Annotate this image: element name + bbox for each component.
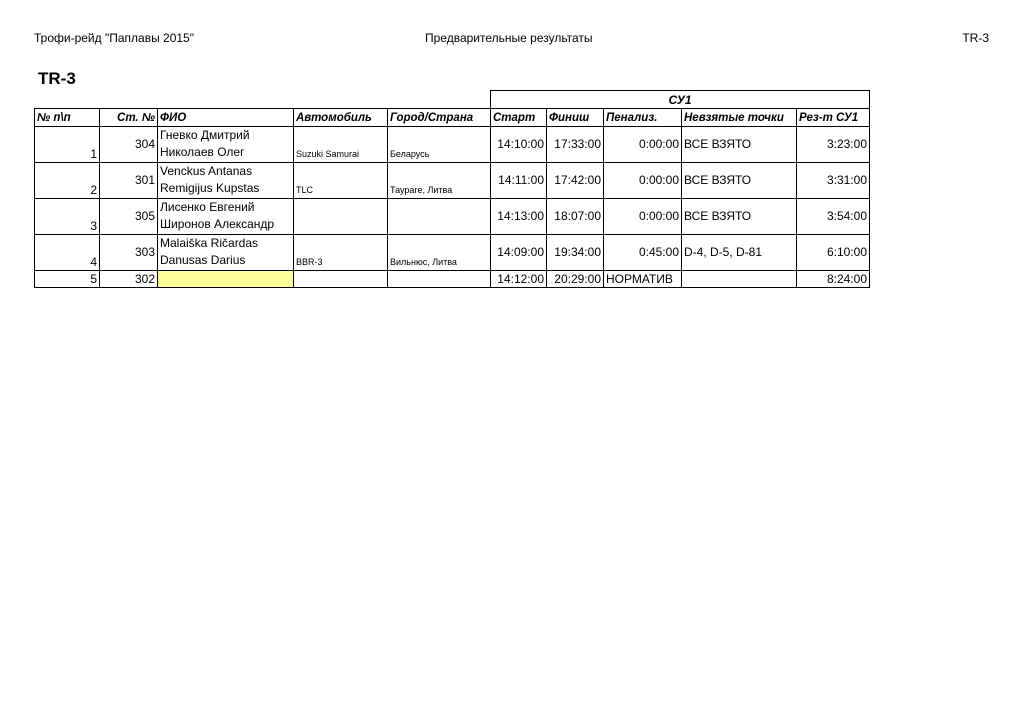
table-row: 4303Malaiška RičardasDanusas DariusBBR-3… [35,235,870,271]
col-header-no: № п\п [35,109,100,127]
results-table: СУ1 № п\п Ст. № ФИО Автомобиль Город/Стр… [34,90,870,288]
cell-no: 1 [35,127,100,163]
sheet-title: TR-3 [38,69,76,89]
cell-crew-names: Malaiška RičardasDanusas Darius [158,235,294,271]
col-header-missed-points: Невзятые точки [682,109,797,127]
crew-member-name: Широнов Александр [160,216,291,233]
cell-result: 3:54:00 [797,199,870,235]
cell-missed-points [682,271,797,288]
column-header-row: № п\п Ст. № ФИО Автомобиль Город/Страна … [35,109,870,127]
cell-start-time: 14:10:00 [491,127,547,163]
cell-missed-points: ВСЕ ВЗЯТО [682,199,797,235]
cell-missed-points: ВСЕ ВЗЯТО [682,163,797,199]
page-header-center: Предварительные результаты [425,31,593,45]
cell-missed-points: D-4, D-5, D-81 [682,235,797,271]
crew-member-name: Remigijus Kupstas [160,180,291,197]
cell-result: 6:10:00 [797,235,870,271]
col-header-car: Автомобиль [294,109,388,127]
cell-car [294,199,388,235]
col-header-name: ФИО [158,109,294,127]
group-header-row: СУ1 [35,91,870,109]
cell-finish-time: 17:42:00 [547,163,604,199]
cell-missed-points: ВСЕ ВЗЯТО [682,127,797,163]
page-header-left: Трофи-рейд "Паплавы 2015" [34,31,194,45]
cell-start-time: 14:13:00 [491,199,547,235]
page-header-right: TR-3 [962,31,989,45]
cell-crew-names: Лисенко ЕвгенийШиронов Александр [158,199,294,235]
col-header-result: Рез-т СУ1 [797,109,870,127]
crew-member-name: Danusas Darius [160,252,291,269]
cell-start-no: 301 [100,163,158,199]
cell-start-no: 305 [100,199,158,235]
cell-start-time: 14:11:00 [491,163,547,199]
table-row: 1304Гневко ДмитрийНиколаев ОлегSuzuki Sa… [35,127,870,163]
cell-no: 4 [35,235,100,271]
table-row: 530214:12:0020:29:00НОРМАТИВ8:24:00 [35,271,870,288]
crew-member-name: Николаев Олег [160,144,291,161]
cell-crew-names: Venckus AntanasRemigijus Kupstas [158,163,294,199]
cell-penalty: 0:00:00 [604,127,682,163]
cell-crew-names: Гневко ДмитрийНиколаев Олег [158,127,294,163]
crew-member-name: Гневко Дмитрий [160,127,291,144]
cell-no: 3 [35,199,100,235]
cell-start-time: 14:12:00 [491,271,547,288]
col-header-city: Город/Страна [388,109,491,127]
cell-finish-time: 18:07:00 [547,199,604,235]
cell-penalty: 0:00:00 [604,163,682,199]
cell-city: Беларусь [388,127,491,163]
cell-city: Таураге, Литва [388,163,491,199]
group-header-su1: СУ1 [491,91,870,109]
table-row: 2301Venckus AntanasRemigijus KupstasTLCТ… [35,163,870,199]
cell-result: 3:23:00 [797,127,870,163]
cell-finish-time: 17:33:00 [547,127,604,163]
cell-city [388,271,491,288]
cell-result: 3:31:00 [797,163,870,199]
col-header-finish: Финиш [547,109,604,127]
cell-car: BBR-3 [294,235,388,271]
cell-penalty: 0:00:00 [604,199,682,235]
cell-penalty: НОРМАТИВ [604,271,682,288]
crew-member-name: Venckus Antanas [160,163,291,180]
cell-car: Suzuki Samurai [294,127,388,163]
cell-finish-time: 20:29:00 [547,271,604,288]
cell-car: TLC [294,163,388,199]
cell-no: 5 [35,271,100,288]
col-header-start: Старт [491,109,547,127]
col-header-penalty: Пенализ. [604,109,682,127]
cell-start-no: 302 [100,271,158,288]
cell-crew-names [158,271,294,288]
crew-member-name: Malaiška Ričardas [160,235,291,252]
cell-city: Вильнюс, Литва [388,235,491,271]
cell-start-no: 303 [100,235,158,271]
cell-start-no: 304 [100,127,158,163]
cell-city [388,199,491,235]
cell-penalty: 0:45:00 [604,235,682,271]
table-row: 3305Лисенко ЕвгенийШиронов Александр14:1… [35,199,870,235]
cell-finish-time: 19:34:00 [547,235,604,271]
col-header-start-no: Ст. № [100,109,158,127]
cell-no: 2 [35,163,100,199]
cell-start-time: 14:09:00 [491,235,547,271]
cell-car [294,271,388,288]
cell-result: 8:24:00 [797,271,870,288]
crew-member-name: Лисенко Евгений [160,199,291,216]
